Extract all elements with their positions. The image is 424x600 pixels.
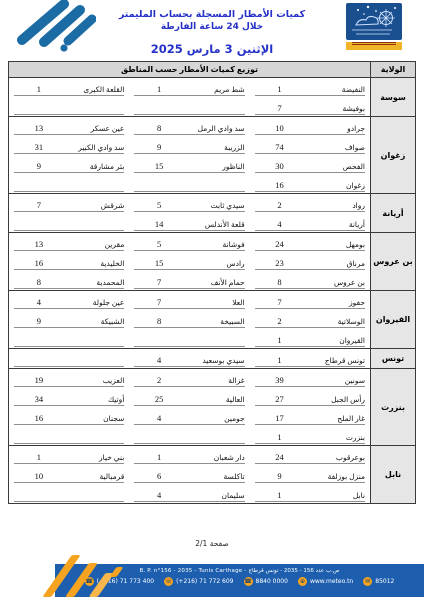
station-cell: بني خيار1 bbox=[14, 446, 124, 464]
station-name: سد وادي الكبير bbox=[64, 143, 125, 152]
table-row: بنزرت1 bbox=[9, 426, 370, 445]
rain-value: 7 bbox=[255, 103, 305, 113]
station-name: الزريبة bbox=[184, 143, 245, 152]
contact-value: 8840 0000 bbox=[256, 578, 288, 585]
station-cell: أريانة4 bbox=[255, 213, 365, 231]
rain-value: 9 bbox=[14, 316, 64, 326]
footer-contact-item: ☏(+216) 71 772 609 bbox=[164, 577, 233, 586]
table-row: الوسلاتية2السبيخة8الشبيكة9 bbox=[9, 310, 370, 329]
table-row: صواف74الزريبة9سد وادي الكبير31 bbox=[9, 136, 370, 155]
table-row: نابل1سليمان4 bbox=[9, 484, 370, 503]
station-cell: سد وادي الكبير31 bbox=[14, 136, 124, 154]
rain-value: 9 bbox=[255, 471, 305, 481]
table-row: النفيضة1شط مريم1القلعة الكبرى1 bbox=[9, 78, 370, 97]
rain-value: 27 bbox=[255, 394, 305, 404]
station-name: المحمدية bbox=[64, 278, 125, 287]
rain-value: 4 bbox=[14, 297, 64, 307]
station-name: سيدي ثابت bbox=[184, 201, 245, 210]
governorate-group: زغوانجرادو10سد وادي الرمل8عين عسكر13صواف… bbox=[9, 116, 415, 193]
group-rows: بوعرقوب24دار شعبان1بني خيار1منزل بوزلفة9… bbox=[9, 446, 370, 503]
group-rows: جرادو10سد وادي الرمل8عين عسكر13صواف74الز… bbox=[9, 117, 370, 193]
station-cell: بوعرقوب24 bbox=[255, 446, 365, 464]
footer-contact-item: ☎(+216) 71 773 400 bbox=[85, 577, 154, 586]
rain-value: 1 bbox=[134, 84, 184, 94]
group-rows: حفوز7العلا7عين جلولة4الوسلاتية2السبيخة8ا… bbox=[9, 291, 370, 348]
station-cell: رأس الجبل27 bbox=[255, 388, 365, 406]
rain-value: 8 bbox=[14, 277, 64, 287]
station-name: الخليدية bbox=[64, 259, 125, 268]
station-name: بومهل bbox=[304, 240, 365, 249]
rain-value: 24 bbox=[255, 452, 305, 462]
group-rows: النفيضة1شط مريم1القلعة الكبرى1بوفيشة7 bbox=[9, 78, 370, 116]
station-cell bbox=[14, 174, 124, 192]
sms-icon: ✉ bbox=[363, 577, 372, 586]
rain-value: 1 bbox=[255, 84, 305, 94]
fax-icon: ☏ bbox=[164, 577, 173, 586]
contact-value: 85012 bbox=[375, 578, 394, 585]
station-cell: دار شعبان1 bbox=[134, 446, 244, 464]
station-cell: بنزرت1 bbox=[255, 426, 365, 444]
table-body: سوسةالنفيضة1شط مريم1القلعة الكبرى1بوفيشة… bbox=[9, 78, 415, 503]
rainfall-bulletin-page: { "header": { "title_line1": "كميات الأم… bbox=[0, 0, 424, 600]
rain-value: 9 bbox=[134, 142, 184, 152]
station-name: رادس bbox=[184, 259, 245, 268]
governorate-group: بنزرتسونين39غزالة2العزيب19رأس الجبل27الع… bbox=[9, 368, 415, 445]
station-cell: سد وادي الرمل8 bbox=[134, 117, 244, 135]
station-cell: زغوان16 bbox=[255, 174, 365, 192]
station-cell: العالية25 bbox=[134, 388, 244, 406]
station-cell: فوشانة5 bbox=[134, 233, 244, 251]
rain-value: 16 bbox=[255, 180, 305, 190]
page-number-label: صفحة 2/1 bbox=[0, 539, 424, 548]
station-cell bbox=[14, 213, 124, 231]
rain-value: 31 bbox=[14, 142, 64, 152]
station-name: نابل bbox=[304, 491, 365, 500]
station-cell: سليمان4 bbox=[134, 484, 244, 502]
table-header-row: الولاية توزيع كميات الأمطار حسب المناطق bbox=[9, 62, 415, 78]
station-cell: بوفيشة7 bbox=[255, 97, 365, 115]
station-cell: حفوز7 bbox=[255, 291, 365, 309]
station-cell bbox=[134, 97, 244, 115]
station-cell bbox=[14, 484, 124, 502]
station-cell bbox=[134, 174, 244, 192]
table-row: زغوان16 bbox=[9, 174, 370, 193]
group-rows: رواد2سيدي ثابت5شرقش7أريانة4قلعة الأندلس1… bbox=[9, 194, 370, 232]
rain-value: 7 bbox=[134, 277, 184, 287]
table-row: منزل بوزلفة9تاكلسة6قرمبالية10 bbox=[9, 465, 370, 484]
document-title-block: كميات الأمطار المسجلة بحساب المليمتر خلا… bbox=[90, 9, 334, 56]
rain-value: 15 bbox=[134, 258, 184, 268]
rain-value: 1 bbox=[255, 335, 305, 345]
rain-value: 13 bbox=[14, 239, 64, 249]
rain-value: 24 bbox=[255, 239, 305, 249]
station-name: قرمبالية bbox=[64, 472, 125, 481]
governorate-cell: بنزرت bbox=[370, 369, 415, 445]
rain-value: 1 bbox=[134, 452, 184, 462]
station-name: رواد bbox=[304, 201, 365, 210]
station-cell: رواد2 bbox=[255, 194, 365, 212]
station-name: شط مريم bbox=[184, 85, 245, 94]
group-rows: سونين39غزالة2العزيب19رأس الجبل27العالية2… bbox=[9, 369, 370, 445]
station-cell: سونين39 bbox=[255, 369, 365, 387]
station-cell: السبيخة8 bbox=[134, 310, 244, 328]
table-row: غار الملح17جومين4سجنان16 bbox=[9, 407, 370, 426]
station-name: دار شعبان bbox=[184, 453, 245, 462]
station-cell: بئر مشارقة9 bbox=[14, 155, 124, 173]
rain-value: 25 bbox=[134, 394, 184, 404]
station-cell: الفحص30 bbox=[255, 155, 365, 173]
table-row: مرناق23رادس15الخليدية16 bbox=[9, 252, 370, 271]
rain-value: 39 bbox=[255, 375, 305, 385]
station-name: جرادو bbox=[304, 124, 365, 133]
station-name: غار الملح bbox=[304, 414, 365, 423]
station-cell: سجنان16 bbox=[14, 407, 124, 425]
station-cell: الخليدية16 bbox=[14, 252, 124, 270]
rain-value: 17 bbox=[255, 413, 305, 423]
station-name: زغوان bbox=[304, 181, 365, 190]
rain-value: 7 bbox=[134, 297, 184, 307]
station-cell bbox=[134, 329, 244, 347]
rain-value: 34 bbox=[14, 394, 64, 404]
table-row: جرادو10سد وادي الرمل8عين عسكر13 bbox=[9, 117, 370, 136]
station-name: حفوز bbox=[304, 298, 365, 307]
rain-value: 8 bbox=[134, 316, 184, 326]
station-cell: منزل بوزلفة9 bbox=[255, 465, 365, 483]
station-name: قلعة الأندلس bbox=[184, 220, 245, 229]
station-name: النفيضة bbox=[304, 85, 365, 94]
station-name: غزالة bbox=[184, 376, 245, 385]
table-row: تونس قرطاج1سيدي بوسعيد4 bbox=[9, 349, 370, 368]
footer-contact-item: ⊕www.meteo.tn bbox=[298, 577, 353, 586]
table-row: بن عروس8حمام الأنف7المحمدية8 bbox=[9, 271, 370, 290]
station-cell: عين عسكر13 bbox=[14, 117, 124, 135]
station-cell: حمام الأنف7 bbox=[134, 271, 244, 289]
rain-value: 4 bbox=[134, 355, 184, 365]
governorate-cell: تونس bbox=[370, 349, 415, 368]
station-cell: القيروان1 bbox=[255, 329, 365, 347]
station-cell: الشبيكة9 bbox=[14, 310, 124, 328]
rain-value: 23 bbox=[255, 258, 305, 268]
table-row: سونين39غزالة2العزيب19 bbox=[9, 369, 370, 388]
station-name: منزل بوزلفة bbox=[304, 472, 365, 481]
station-name: مرناق bbox=[304, 259, 365, 268]
governorate-column-header: الولاية bbox=[370, 62, 415, 77]
table-row: بومهل24فوشانة5مقرين13 bbox=[9, 233, 370, 252]
station-name: أريانة bbox=[304, 220, 365, 229]
table-row: بوعرقوب24دار شعبان1بني خيار1 bbox=[9, 446, 370, 465]
station-cell bbox=[134, 426, 244, 444]
station-name: جومين bbox=[184, 414, 245, 423]
governorate-group: تونستونس قرطاج1سيدي بوسعيد4 bbox=[9, 348, 415, 368]
station-name: تونس قرطاج bbox=[304, 356, 365, 365]
rain-value: 2 bbox=[255, 200, 305, 210]
station-cell: تاكلسة6 bbox=[134, 465, 244, 483]
rain-value: 1 bbox=[255, 355, 305, 365]
station-name: أوتيك bbox=[64, 395, 125, 404]
station-cell: أوتيك34 bbox=[14, 388, 124, 406]
station-name: بني خيار bbox=[64, 453, 125, 462]
rain-value: 30 bbox=[255, 161, 305, 171]
station-cell: تونس قرطاج1 bbox=[255, 349, 365, 367]
rain-value: 7 bbox=[14, 200, 64, 210]
station-cell: سيدي بوسعيد4 bbox=[134, 349, 244, 367]
rain-value: 1 bbox=[255, 490, 305, 500]
document-date: الإثنين 3 مارس 2025 bbox=[90, 42, 334, 56]
contact-value: www.meteo.tn bbox=[310, 578, 353, 585]
station-cell: جومين4 bbox=[134, 407, 244, 425]
station-name: سد وادي الرمل bbox=[184, 124, 245, 133]
table-row: رأس الجبل27العالية25أوتيك34 bbox=[9, 388, 370, 407]
table-row: رواد2سيدي ثابت5شرقش7 bbox=[9, 194, 370, 213]
document-title: كميات الأمطار المسجلة بحساب المليمتر bbox=[90, 9, 334, 21]
station-name: حمام الأنف bbox=[184, 278, 245, 287]
station-cell bbox=[14, 426, 124, 444]
station-name: عين عسكر bbox=[64, 124, 125, 133]
rain-value: 4 bbox=[134, 490, 184, 500]
contact-value: (+216) 71 772 609 bbox=[176, 578, 233, 585]
station-cell: مرناق23 bbox=[255, 252, 365, 270]
station-name: الناظور bbox=[184, 162, 245, 171]
station-name: القلعة الكبرى bbox=[64, 85, 125, 94]
station-name: تاكلسة bbox=[184, 472, 245, 481]
station-name: الفحص bbox=[304, 162, 365, 171]
station-cell: الناظور15 bbox=[134, 155, 244, 173]
station-cell: شط مريم1 bbox=[134, 78, 244, 96]
group-rows: تونس قرطاج1سيدي بوسعيد4 bbox=[9, 349, 370, 368]
governorate-cell: سوسة bbox=[370, 78, 415, 116]
station-name: بئر مشارقة bbox=[64, 162, 125, 171]
footer-contact-item: ☎8840 0000 bbox=[244, 577, 288, 586]
governorate-group: بن عروسبومهل24فوشانة5مقرين13مرناق23رادس1… bbox=[9, 232, 415, 290]
station-name: العالية bbox=[184, 395, 245, 404]
distribution-column-header: توزيع كميات الأمطار حسب المناطق bbox=[9, 62, 370, 77]
station-name: شرقش bbox=[64, 201, 125, 210]
rain-value: 7 bbox=[255, 297, 305, 307]
rain-value: 5 bbox=[134, 239, 184, 249]
rain-value: 1 bbox=[14, 452, 64, 462]
governorate-group: سوسةالنفيضة1شط مريم1القلعة الكبرى1بوفيشة… bbox=[9, 78, 415, 116]
table-row: القيروان1 bbox=[9, 329, 370, 348]
governorate-cell: بن عروس bbox=[370, 233, 415, 290]
station-name: بنزرت bbox=[304, 433, 365, 442]
rain-value: 15 bbox=[134, 161, 184, 171]
station-name: رأس الجبل bbox=[304, 395, 365, 404]
station-name: الوسلاتية bbox=[304, 317, 365, 326]
station-cell: العزيب19 bbox=[14, 369, 124, 387]
globe-icon: ⊕ bbox=[298, 577, 307, 586]
call-center-icon: ☎ bbox=[244, 577, 253, 586]
station-cell bbox=[14, 97, 124, 115]
rain-value: 10 bbox=[255, 123, 305, 133]
station-cell: بن عروس8 bbox=[255, 271, 365, 289]
footer-contact-bar: B. P. n°156 - 2035 - Tunis Carthage - ص.… bbox=[55, 564, 424, 597]
station-cell: رادس15 bbox=[134, 252, 244, 270]
station-cell: صواف74 bbox=[255, 136, 365, 154]
rain-value: 4 bbox=[255, 219, 305, 229]
station-cell: مقرين13 bbox=[14, 233, 124, 251]
rain-value: 8 bbox=[134, 123, 184, 133]
station-cell: غار الملح17 bbox=[255, 407, 365, 425]
station-cell: العلا7 bbox=[134, 291, 244, 309]
station-name: بوفيشة bbox=[304, 104, 365, 113]
rain-value: 4 bbox=[134, 413, 184, 423]
station-name: صواف bbox=[304, 143, 365, 152]
station-cell: نابل1 bbox=[255, 484, 365, 502]
table-row: الفحص30الناظور15بئر مشارقة9 bbox=[9, 155, 370, 174]
rain-value: 9 bbox=[14, 161, 64, 171]
group-rows: بومهل24فوشانة5مقرين13مرناق23رادس15الخليد… bbox=[9, 233, 370, 290]
station-name: بوعرقوب bbox=[304, 453, 365, 462]
rain-value: 2 bbox=[134, 375, 184, 385]
governorate-group: نابلبوعرقوب24دار شعبان1بني خيار1منزل بوز… bbox=[9, 445, 415, 503]
rain-value: 14 bbox=[134, 219, 184, 229]
station-name: سجنان bbox=[64, 414, 125, 423]
governorate-cell: زغوان bbox=[370, 117, 415, 193]
station-name: العزيب bbox=[64, 376, 125, 385]
rain-value: 1 bbox=[14, 84, 64, 94]
station-name: سيدي بوسعيد bbox=[184, 356, 245, 365]
station-name: بن عروس bbox=[304, 278, 365, 287]
inm-institute-logo bbox=[346, 3, 402, 50]
station-name: فوشانة bbox=[184, 240, 245, 249]
station-cell: غزالة2 bbox=[134, 369, 244, 387]
rain-value: 19 bbox=[14, 375, 64, 385]
rain-value: 10 bbox=[14, 471, 64, 481]
institute-logo-caption-strip bbox=[346, 42, 402, 50]
rain-value: 8 bbox=[255, 277, 305, 287]
station-cell: بومهل24 bbox=[255, 233, 365, 251]
station-cell: عين جلولة4 bbox=[14, 291, 124, 309]
rain-value: 16 bbox=[14, 258, 64, 268]
diagonal-strokes-icon bbox=[12, 0, 96, 52]
governorate-group: القيروانحفوز7العلا7عين جلولة4الوسلاتية2ا… bbox=[9, 290, 415, 348]
station-cell: النفيضة1 bbox=[255, 78, 365, 96]
station-name: عين جلولة bbox=[64, 298, 125, 307]
governorate-cell: أريانة bbox=[370, 194, 415, 232]
inm-diagonal-strokes-logo bbox=[12, 0, 96, 56]
rain-value: 13 bbox=[14, 123, 64, 133]
governorate-group: أريانةرواد2سيدي ثابت5شرقش7أريانة4قلعة ال… bbox=[9, 193, 415, 232]
rain-value: 6 bbox=[134, 471, 184, 481]
station-cell: الزريبة9 bbox=[134, 136, 244, 154]
rain-value: 2 bbox=[255, 316, 305, 326]
station-cell bbox=[14, 349, 124, 367]
station-cell: شرقش7 bbox=[14, 194, 124, 212]
table-row: أريانة4قلعة الأندلس14 bbox=[9, 213, 370, 232]
station-name: سونين bbox=[304, 376, 365, 385]
institute-logo-emblem-icon bbox=[346, 3, 402, 40]
station-name: الشبيكة bbox=[64, 317, 125, 326]
station-cell: قرمبالية10 bbox=[14, 465, 124, 483]
rain-value: 16 bbox=[14, 413, 64, 423]
station-cell bbox=[14, 329, 124, 347]
station-cell: القلعة الكبرى1 bbox=[14, 78, 124, 96]
governorate-cell: القيروان bbox=[370, 291, 415, 348]
rain-value: 74 bbox=[255, 142, 305, 152]
station-cell: سيدي ثابت5 bbox=[134, 194, 244, 212]
rainfall-table: الولاية توزيع كميات الأمطار حسب المناطق … bbox=[8, 61, 416, 504]
table-row: بوفيشة7 bbox=[9, 97, 370, 116]
station-cell: المحمدية8 bbox=[14, 271, 124, 289]
station-cell: الوسلاتية2 bbox=[255, 310, 365, 328]
station-name: سليمان bbox=[184, 491, 245, 500]
table-row: حفوز7العلا7عين جلولة4 bbox=[9, 291, 370, 310]
rain-value: 5 bbox=[134, 200, 184, 210]
rain-value: 1 bbox=[255, 432, 305, 442]
station-name: السبيخة bbox=[184, 317, 245, 326]
governorate-cell: نابل bbox=[370, 446, 415, 503]
station-cell: قلعة الأندلس14 bbox=[134, 213, 244, 231]
station-name: مقرين bbox=[64, 240, 125, 249]
station-name: العلا bbox=[184, 298, 245, 307]
station-cell: جرادو10 bbox=[255, 117, 365, 135]
document-subtitle: خلال 24 ساعة الفارطة bbox=[90, 21, 334, 33]
footer-contact-item: ✉85012 bbox=[363, 577, 394, 586]
station-name: القيروان bbox=[304, 336, 365, 345]
